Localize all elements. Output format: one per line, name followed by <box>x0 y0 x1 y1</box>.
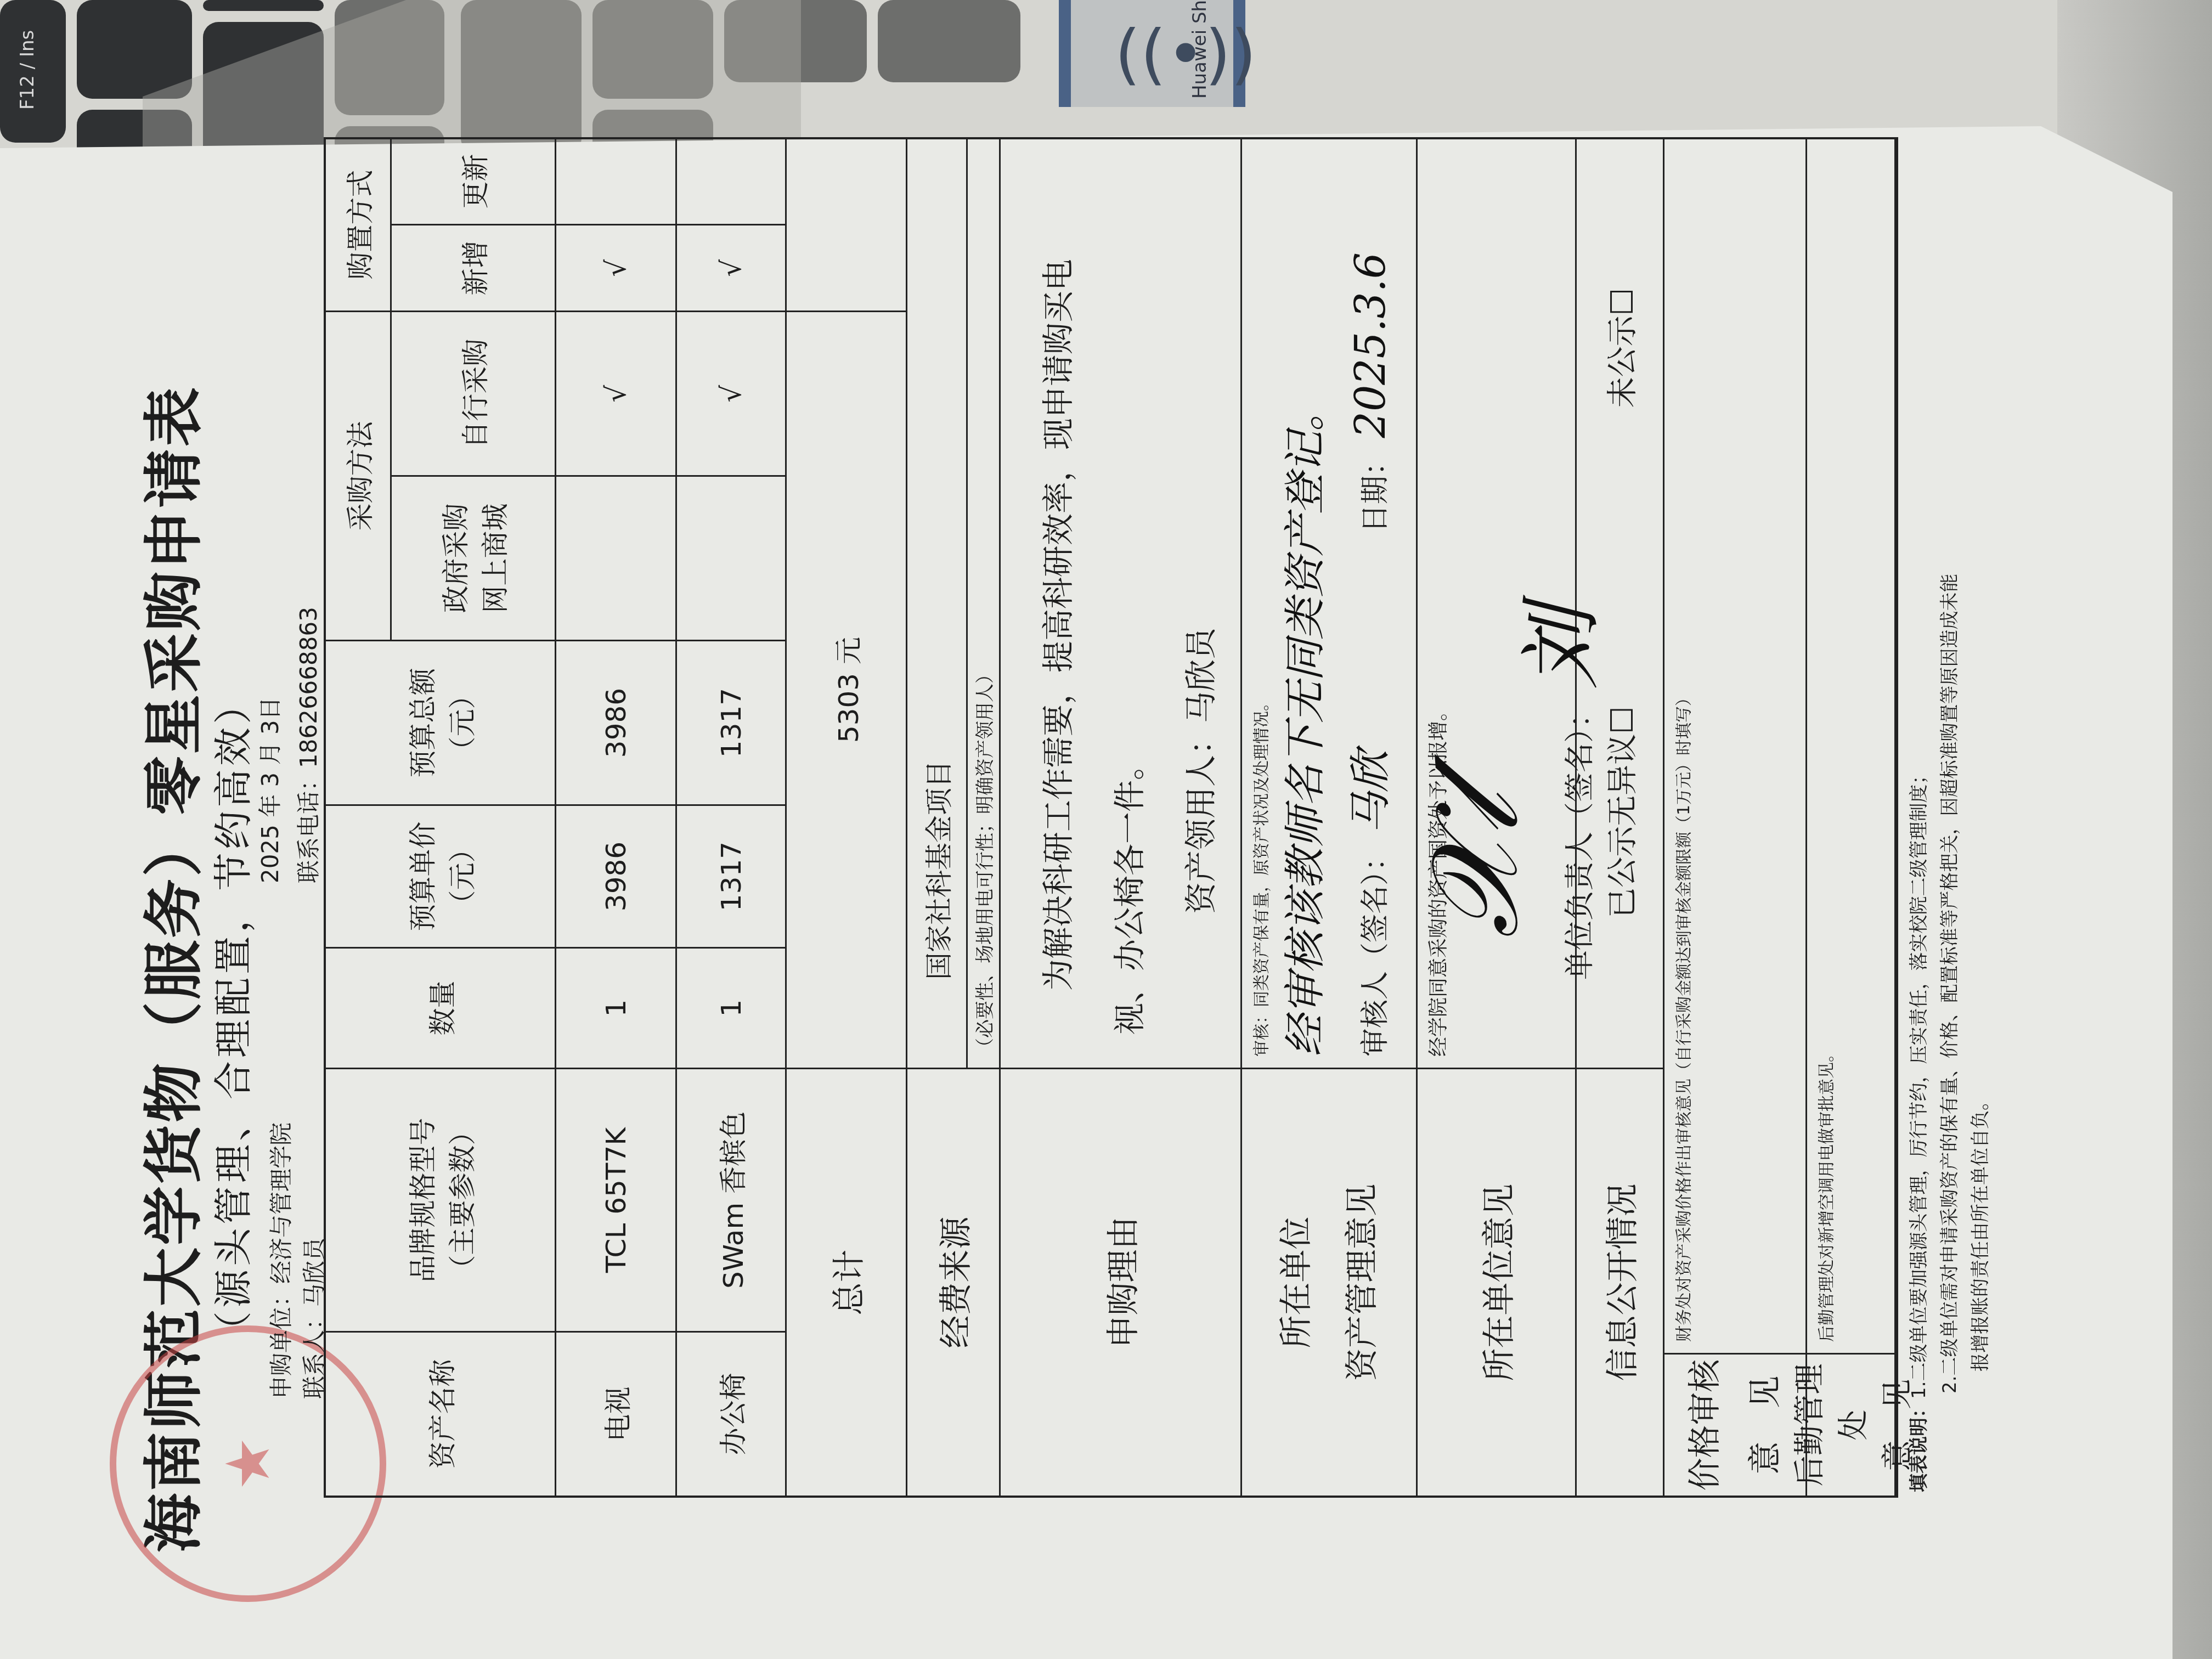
header-unit-price-sub: （元） <box>441 836 480 918</box>
header-total: 预算总额 （元） <box>326 640 556 804</box>
row2-unit-price: 1317 <box>677 804 787 947</box>
key <box>203 0 324 11</box>
header-gov-purchase: 政府采购 网上商城 <box>392 475 556 640</box>
unit-asset-opinion-label-line2: 资产管理意见 <box>1329 1184 1395 1381</box>
header-brand-model: 品牌规格型号 （主要参数） <box>326 1068 556 1331</box>
header-purchase-method: 采购方法 <box>326 311 392 640</box>
asset-recipient-value: 马欣员 <box>1182 628 1220 723</box>
logistics-label-line1: 后勤管理处 <box>1785 1355 1873 1496</box>
key <box>77 0 192 99</box>
date-day-label: 日 <box>257 697 284 720</box>
header-asset-name: 资产名称 <box>326 1331 556 1496</box>
date-month-label: 月 <box>257 742 284 765</box>
sticker-text: Huawei Share <box>1189 0 1211 99</box>
header-new: 新增 <box>392 224 556 311</box>
price-review-content: 财务处对资产采购价格作出审核意见（自行采购金额达到审核金额限额（1万元）时填写） <box>1664 137 1807 1353</box>
row1-replace <box>556 137 677 224</box>
application-date: 2025 年 3 月 3日 <box>252 697 285 883</box>
reason-text-line1: 为解决科研工作需要，提高科研效率，现申请购买电 <box>1023 259 1094 1035</box>
price-review-label-line1: 价格审核 <box>1675 1359 1735 1491</box>
header-quantity: 数量 <box>326 947 556 1068</box>
row1-total: 3986 <box>556 640 677 804</box>
disclosure-content: 已公示无异议☐ 未公示☐ <box>1577 137 1664 1068</box>
header-brand-model-sub: （主要参数） <box>441 1118 480 1283</box>
huawei-share-icon: ((•)) <box>1115 11 1192 99</box>
key-label: F12 / Ins <box>16 30 38 110</box>
form-subtitle: （源头管理、合理配置，节约高效） <box>203 682 258 1350</box>
review-date-value: 2025.3.6 <box>1346 252 1395 438</box>
reason-text-line2: 视、办公椅各一件。 <box>1094 748 1165 1035</box>
contact-phone-value: 18626668863 <box>295 607 322 768</box>
key <box>878 0 1020 82</box>
huawei-share-sticker: ((•)) Huawei Share <box>1059 0 1245 107</box>
reason-content: 为解决科研工作需要，提高科研效率，现申请购买电 视、办公椅各一件。 资产领用人：… <box>1001 137 1242 1068</box>
row2-gov-purchase <box>677 475 787 640</box>
applicant-unit: 申购单位：经济与管理学院 <box>263 1122 296 1399</box>
header-brand-model-label: 品牌规格型号 <box>401 1118 441 1283</box>
header-replace: 更新 <box>392 137 556 224</box>
header-gov-purchase-sub: 网上商城 <box>473 504 513 613</box>
date-day: 3 <box>257 720 284 735</box>
row2-total: 1317 <box>677 640 787 804</box>
row2-asset-name: 办公椅 <box>677 1331 787 1496</box>
date-year-label: 年 <box>257 794 284 817</box>
funding-label: 经费来源 <box>907 1068 1001 1496</box>
header-total-sub: （元） <box>441 682 480 764</box>
notes-line2: 2.二级单位需对申请采购资产的保有量、价格、配置标准等严格把关，因超标准购置等原… <box>1934 132 1965 1492</box>
header-total-label: 预算总额 <box>401 668 441 778</box>
funding-value: 国家社科基金项目 <box>907 137 968 1068</box>
reviewer-signature: 马欣 <box>1346 750 1395 833</box>
disclosure-label: 信息公开情况 <box>1577 1068 1664 1496</box>
form-notes: 填表说明：1.二级单位要加强源头管理，厉行节约，压实责任，落实校院二级管理制度；… <box>1904 132 1996 1492</box>
reviewer-row: 审核人（签名）： 马欣 日期： 2025.3.6 <box>1337 150 1397 1057</box>
unit-asset-opinion-instruction: 审核：同类资产保有量，原资产状况及处理情况。 <box>1248 150 1272 1057</box>
reason-label: 申购理由 <box>1001 1068 1242 1496</box>
total-label: 总计 <box>787 1068 907 1496</box>
handwritten-signature-mark: 𝒳𝓁 <box>1404 794 1547 938</box>
handwritten-review-comment: 经审核该教师名下无同类资产登记。 <box>1272 150 1331 1057</box>
row2-brand-model: SWam 香槟色 <box>677 1068 787 1331</box>
row2-new: √ <box>677 224 787 311</box>
notes-line3: 报增报账的责任由所在单位自负。 <box>1965 132 1996 1492</box>
purchase-request-form: 海南师范大学货物（服务）零星采购申请表 （源头管理、合理配置，节约高效） ★ 申… <box>126 137 1937 1564</box>
key-f12-ins: F12 / Ins <box>0 0 66 143</box>
date-year: 2025 <box>257 825 284 883</box>
funding-note: （必要性、场地用电可行性；明确资产领用人） <box>968 137 1001 1068</box>
form-table: 资产名称 品牌规格型号 （主要参数） 数量 预算单价 （元） 预算总额 （元） … <box>324 137 1898 1498</box>
row1-gov-purchase <box>556 475 677 640</box>
header-unit-price: 预算单价 （元） <box>326 804 556 947</box>
notes-line1: 1.二级单位要加强源头管理，厉行节约，压实责任，落实校院二级管理制度； <box>1908 766 1930 1399</box>
disclosure-option-published[interactable]: 已公示无异议☐ <box>1598 707 1642 918</box>
total-empty <box>787 137 907 311</box>
row1-quantity: 1 <box>556 947 677 1068</box>
unit-opinion-label: 所在单位意见 <box>1418 1068 1577 1496</box>
header-gov-purchase-label: 政府采购 <box>434 504 473 613</box>
row2-self-purchase: √ <box>677 311 787 475</box>
total-value: 5303 元 <box>787 311 907 1068</box>
row1-brand-model: TCL 65T7K <box>556 1068 677 1331</box>
contact-phone: 联系电话：18626668863 <box>291 607 324 883</box>
unit-asset-opinion-label-line1: 所在单位 <box>1263 1217 1329 1348</box>
row1-new: √ <box>556 224 677 311</box>
header-acquisition: 购置方式 <box>326 137 392 311</box>
row1-unit-price: 3986 <box>556 804 677 947</box>
row2-quantity: 1 <box>677 947 787 1068</box>
review-date-label: 日期： <box>1359 447 1392 533</box>
notes-label: 填表说明： <box>1908 1399 1930 1492</box>
applicant-unit-value: 经济与管理学院 <box>268 1122 295 1284</box>
row1-asset-name: 电视 <box>556 1331 677 1496</box>
logistics-label: 后勤管理处 意 见 <box>1807 1353 1896 1496</box>
row2-replace <box>677 137 787 224</box>
date-month: 3 <box>257 772 284 787</box>
asset-recipient: 资产领用人：马欣员 <box>1165 628 1237 1035</box>
row1-self-purchase: √ <box>556 311 677 475</box>
disclosure-option-unpublished[interactable]: 未公示☐ <box>1598 288 1642 408</box>
unit-asset-opinion-content: 审核：同类资产保有量，原资产状况及处理情况。 经审核该教师名下无同类资产登记。 … <box>1242 137 1418 1068</box>
logistics-content: 后勤管理处对新增空调用电做审批意见。 <box>1807 137 1896 1353</box>
reviewer-label: 审核人（签名）： <box>1359 843 1392 1057</box>
contact-phone-label: 联系电话： <box>295 768 322 883</box>
applicant-unit-label: 申购单位： <box>268 1284 295 1399</box>
header-unit-price-label: 预算单价 <box>401 822 441 932</box>
unit-asset-opinion-label: 所在单位 资产管理意见 <box>1242 1068 1418 1496</box>
header-self-purchase: 自行采购 <box>392 311 556 475</box>
asset-recipient-label: 资产领用人： <box>1182 723 1220 914</box>
